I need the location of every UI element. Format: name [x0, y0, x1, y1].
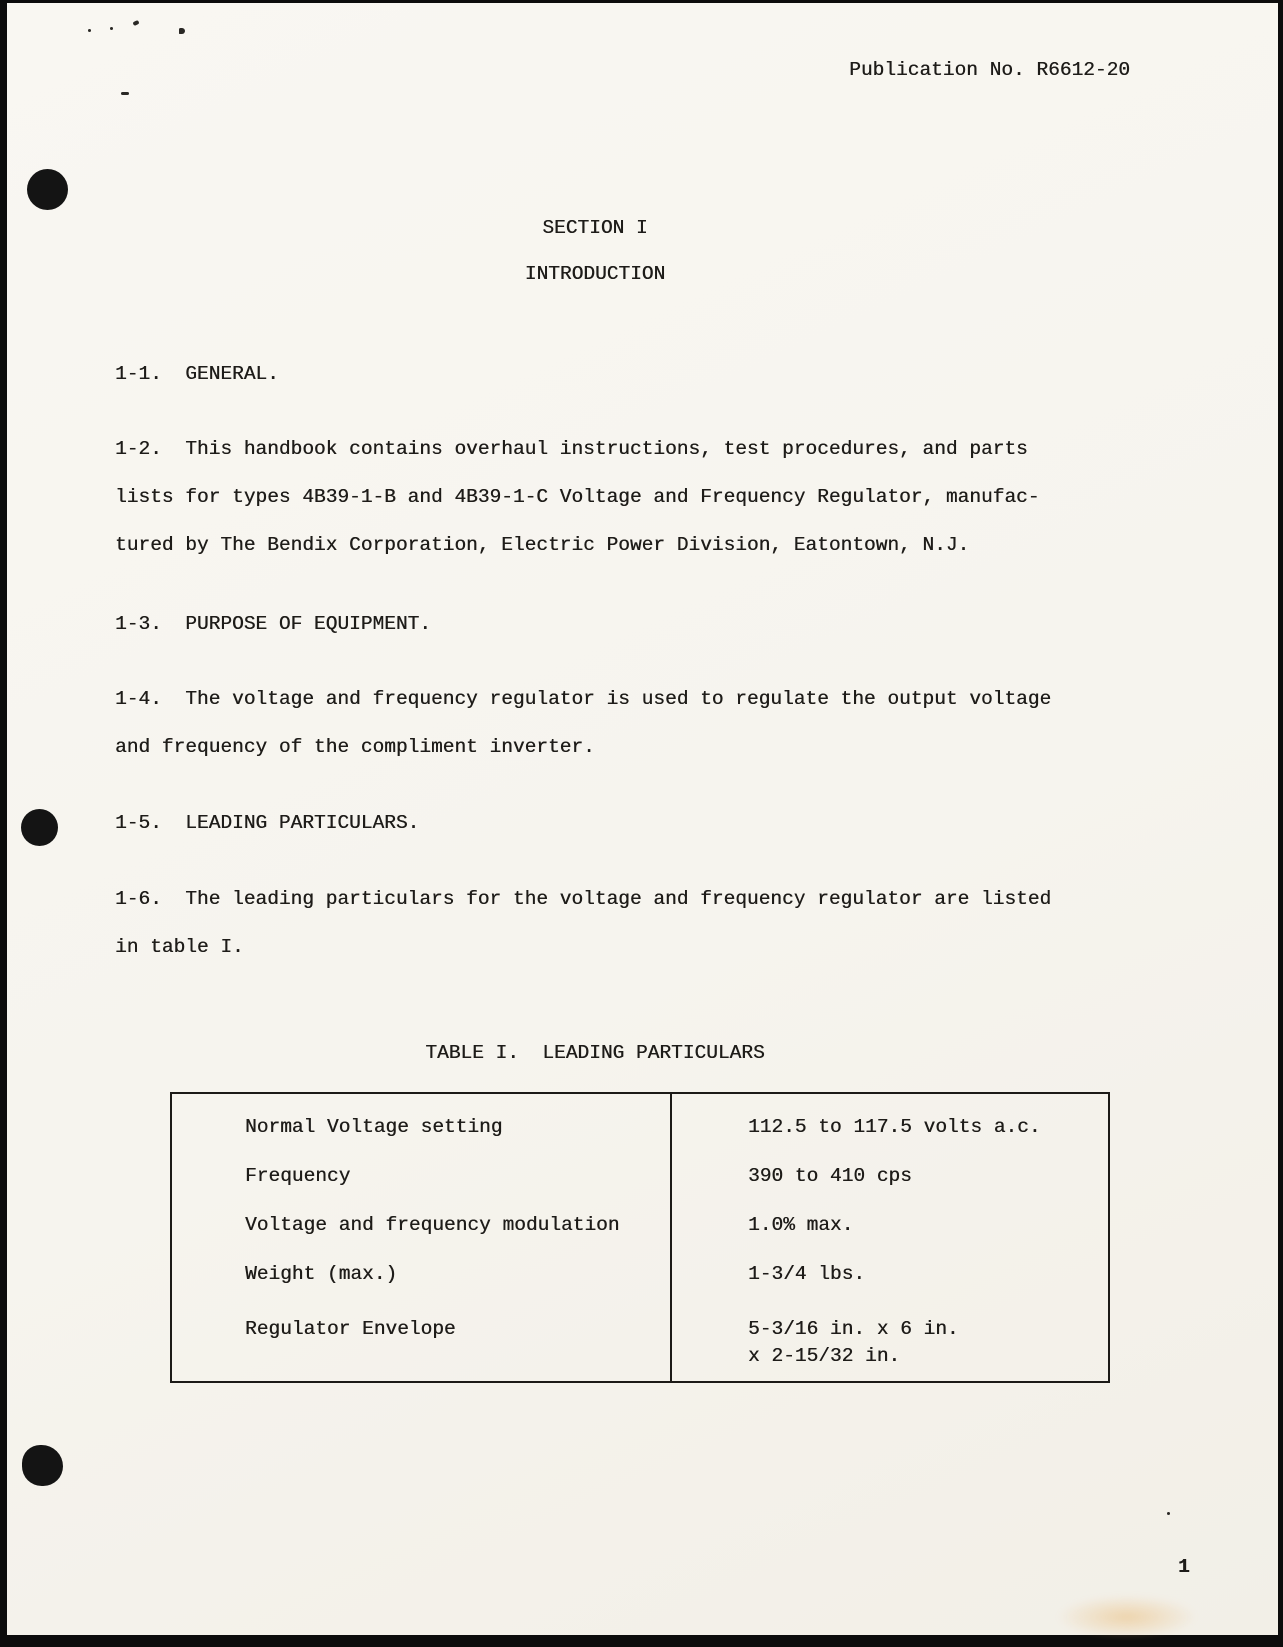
page-number: 1: [1178, 1554, 1190, 1580]
table-cell-label: Regulator Envelope: [172, 1316, 670, 1370]
table-cell-value: 112.5 to 117.5 volts a.c.: [670, 1103, 1108, 1152]
paragraph-1-4: 1-4. The voltage and frequency regulator…: [115, 675, 1095, 771]
publication-number: Publication No. R6612-20: [849, 57, 1130, 83]
table-cell-label: Frequency: [172, 1152, 670, 1201]
ink-speck: [179, 28, 185, 34]
hole-punch: [27, 169, 68, 210]
scanned-page: Publication No. R6612-20 SECTION I INTRO…: [7, 3, 1278, 1635]
hole-punch: [22, 1445, 63, 1486]
table-cell-label: Voltage and frequency modulation: [172, 1201, 670, 1250]
scan-background: { "header": { "publication": "Publicatio…: [0, 0, 1283, 1647]
table-cell-value: 5-3/16 in. x 6 in. x 2-15/32 in.: [670, 1316, 1108, 1370]
table-row: Regulator Envelope 5-3/16 in. x 6 in. x …: [172, 1299, 1108, 1370]
hole-punch: [21, 809, 58, 846]
table-title: TABLE I. LEADING PARTICULARS: [425, 1042, 764, 1064]
paragraph-1-5: 1-5. LEADING PARTICULARS.: [115, 799, 1095, 847]
table-cell-value: 390 to 410 cps: [670, 1152, 1108, 1201]
table-row: Frequency 390 to 410 cps: [172, 1152, 1108, 1201]
ink-speck: [132, 20, 139, 26]
table-row: Weight (max.) 1-3/4 lbs.: [172, 1250, 1108, 1299]
paragraph-1-6: 1-6. The leading particulars for the vol…: [115, 875, 1095, 971]
table-row: Normal Voltage setting 112.5 to 117.5 vo…: [172, 1103, 1108, 1152]
table-cell-label: Weight (max.): [172, 1250, 670, 1299]
paragraph-1-2: 1-2. This handbook contains overhaul ins…: [115, 425, 1095, 569]
ink-speck: [121, 92, 129, 95]
ink-speck: [110, 27, 113, 30]
introduction-heading: INTRODUCTION: [525, 263, 665, 285]
introduction-heading-wrap: INTRODUCTION: [115, 261, 1075, 287]
table-cell-value: 1-3/4 lbs.: [670, 1250, 1108, 1299]
paragraph-1-3: 1-3. PURPOSE OF EQUIPMENT.: [115, 600, 1095, 648]
table-title-wrap: TABLE I. LEADING PARTICULARS: [115, 1040, 1075, 1066]
section-heading: SECTION I: [542, 217, 647, 239]
ink-speck: [88, 29, 91, 32]
leading-particulars-table: Normal Voltage setting 112.5 to 117.5 vo…: [170, 1092, 1110, 1383]
paragraph-1-1: 1-1. GENERAL.: [115, 350, 1095, 398]
table-column-divider: [670, 1094, 672, 1381]
ink-speck: [1167, 1512, 1170, 1515]
table-cell-label: Normal Voltage setting: [172, 1103, 670, 1152]
table-cell-value: 1.0% max.: [670, 1201, 1108, 1250]
scan-smudge: [1057, 1595, 1197, 1639]
section-heading-wrap: SECTION I: [115, 215, 1075, 241]
table-row: Voltage and frequency modulation 1.0% ma…: [172, 1201, 1108, 1250]
